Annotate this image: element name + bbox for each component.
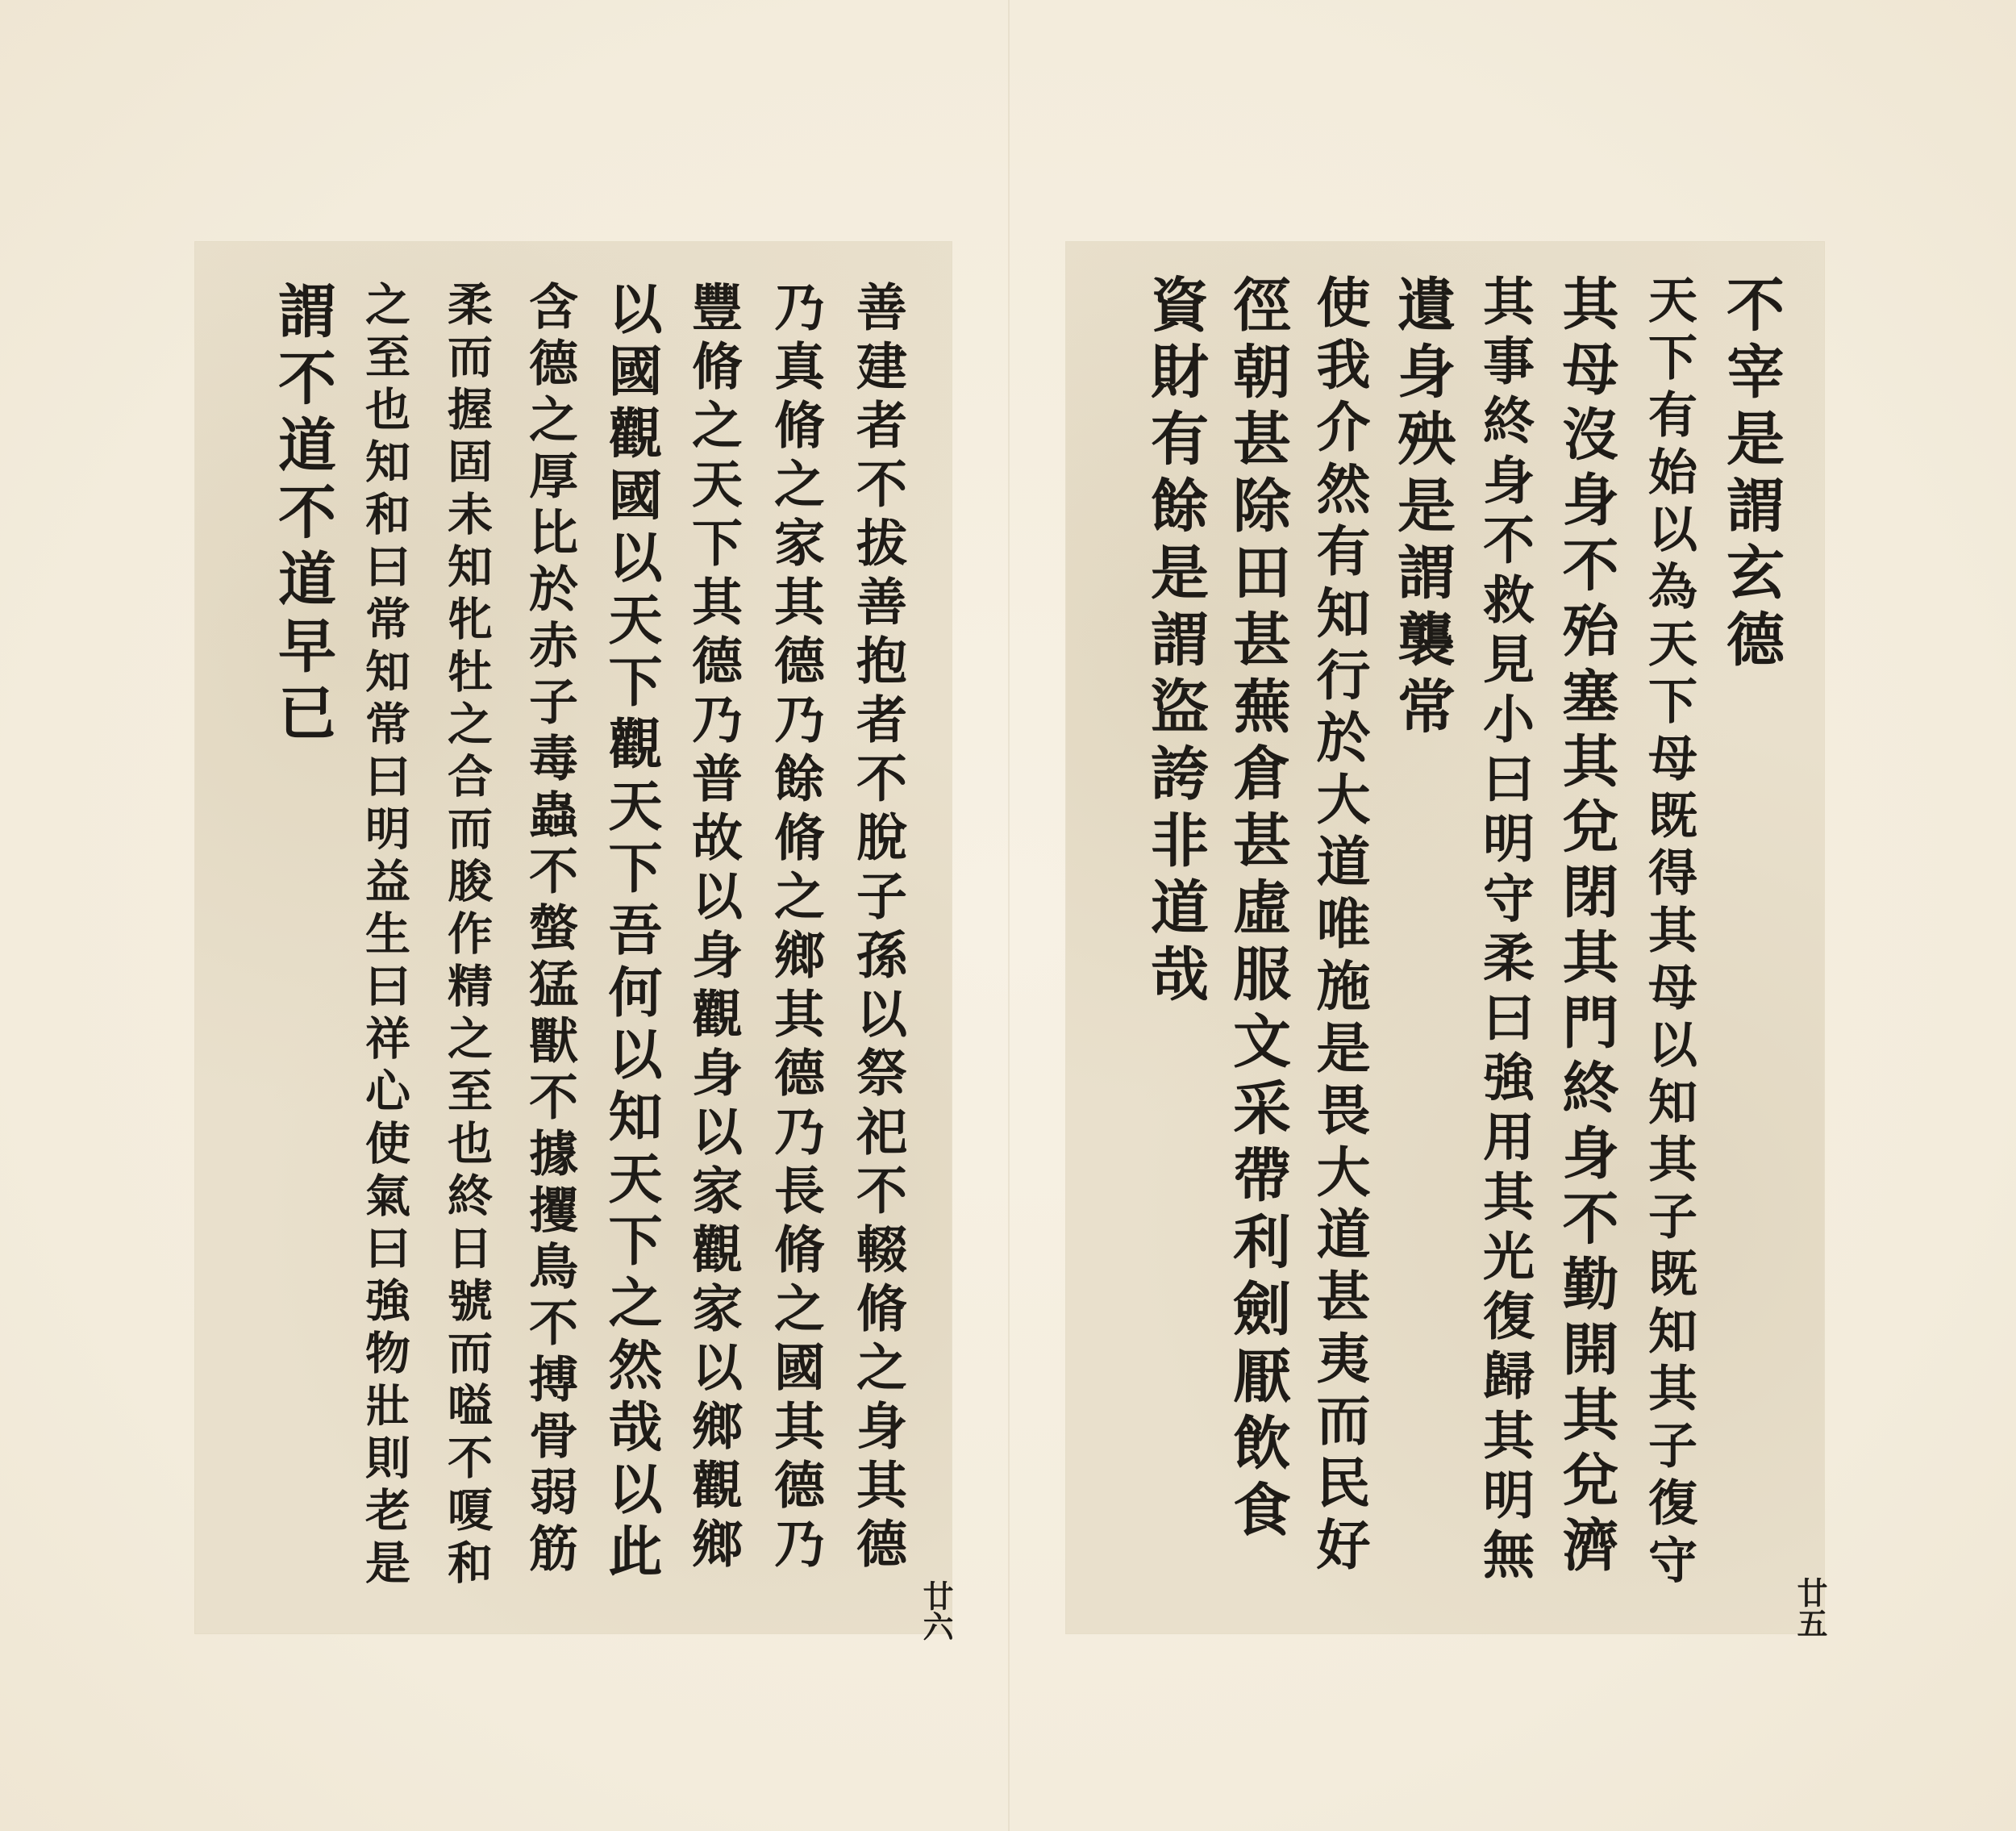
text-column: 含德之厚比於赤子毒蟲不螫猛獸不據攫鳥不搏骨弱筋 — [508, 281, 590, 1601]
text-column: 其母沒身不殆塞其兌閉其門終身不勤開其兌濟 — [1545, 274, 1627, 1601]
text-column: 柔而握固未知牝牡之合而朘作精之至也終日號而嗌不嗄和 — [426, 281, 508, 1601]
text-column: 天下有始以為天下母既得其母以知其子既知其子復守 — [1627, 274, 1710, 1601]
text-column: 乃真脩之家其德乃餘脩之鄉其德乃長脩之國其德乃 — [755, 281, 837, 1601]
text-column: 之至也知和曰常知常曰明益生曰祥心使氣曰強物壯則老是 — [344, 281, 426, 1601]
text-column: 徑朝甚除田甚蕪倉甚虛服文采帶利劍厭飲食 — [1216, 274, 1298, 1601]
page-number: 廿五 — [1788, 1577, 1832, 1638]
text-column: 豐脩之天下其德乃普故以身觀身以家觀家以鄉觀鄉 — [673, 281, 755, 1601]
text-column: 以國觀國以天下觀天下吾何以知天下之然哉以此 — [590, 281, 673, 1601]
left-page-leaf: 善建者不拔善抱者不脫子孫以祭祀不輟脩之身其德 乃真脩之家其德乃餘脩之鄉其德乃長脩… — [195, 242, 952, 1633]
text-column: 遺身殃是謂襲常 — [1381, 274, 1463, 1601]
text-column: 資財有餘是謂盜誇非道哉 — [1134, 274, 1216, 1601]
text-column: 不宰是謂玄德 — [1710, 274, 1792, 1601]
text-column: 謂不道不道早已 — [261, 281, 344, 1601]
page-number: 廿六 — [914, 1580, 958, 1641]
left-page-text: 善建者不拔善抱者不脫子孫以祭祀不輟脩之身其德 乃真脩之家其德乃餘脩之鄉其德乃長脩… — [219, 281, 919, 1601]
text-column: 其事終身不救見小曰明守柔曰強用其光復歸其明無 — [1463, 274, 1545, 1601]
text-column: 善建者不拔善抱者不脫子孫以祭祀不輟脩之身其德 — [837, 281, 919, 1601]
text-column: 使我介然有知行於大道唯施是畏大道甚夷而民好 — [1298, 274, 1381, 1601]
right-page-leaf: 不宰是謂玄德 天下有始以為天下母既得其母以知其子既知其子復守 其母沒身不殆塞其兌… — [1066, 242, 1824, 1633]
right-page-text: 不宰是謂玄德 天下有始以為天下母既得其母以知其子既知其子復守 其母沒身不殆塞其兌… — [1090, 274, 1792, 1601]
center-fold — [1008, 0, 1010, 1831]
